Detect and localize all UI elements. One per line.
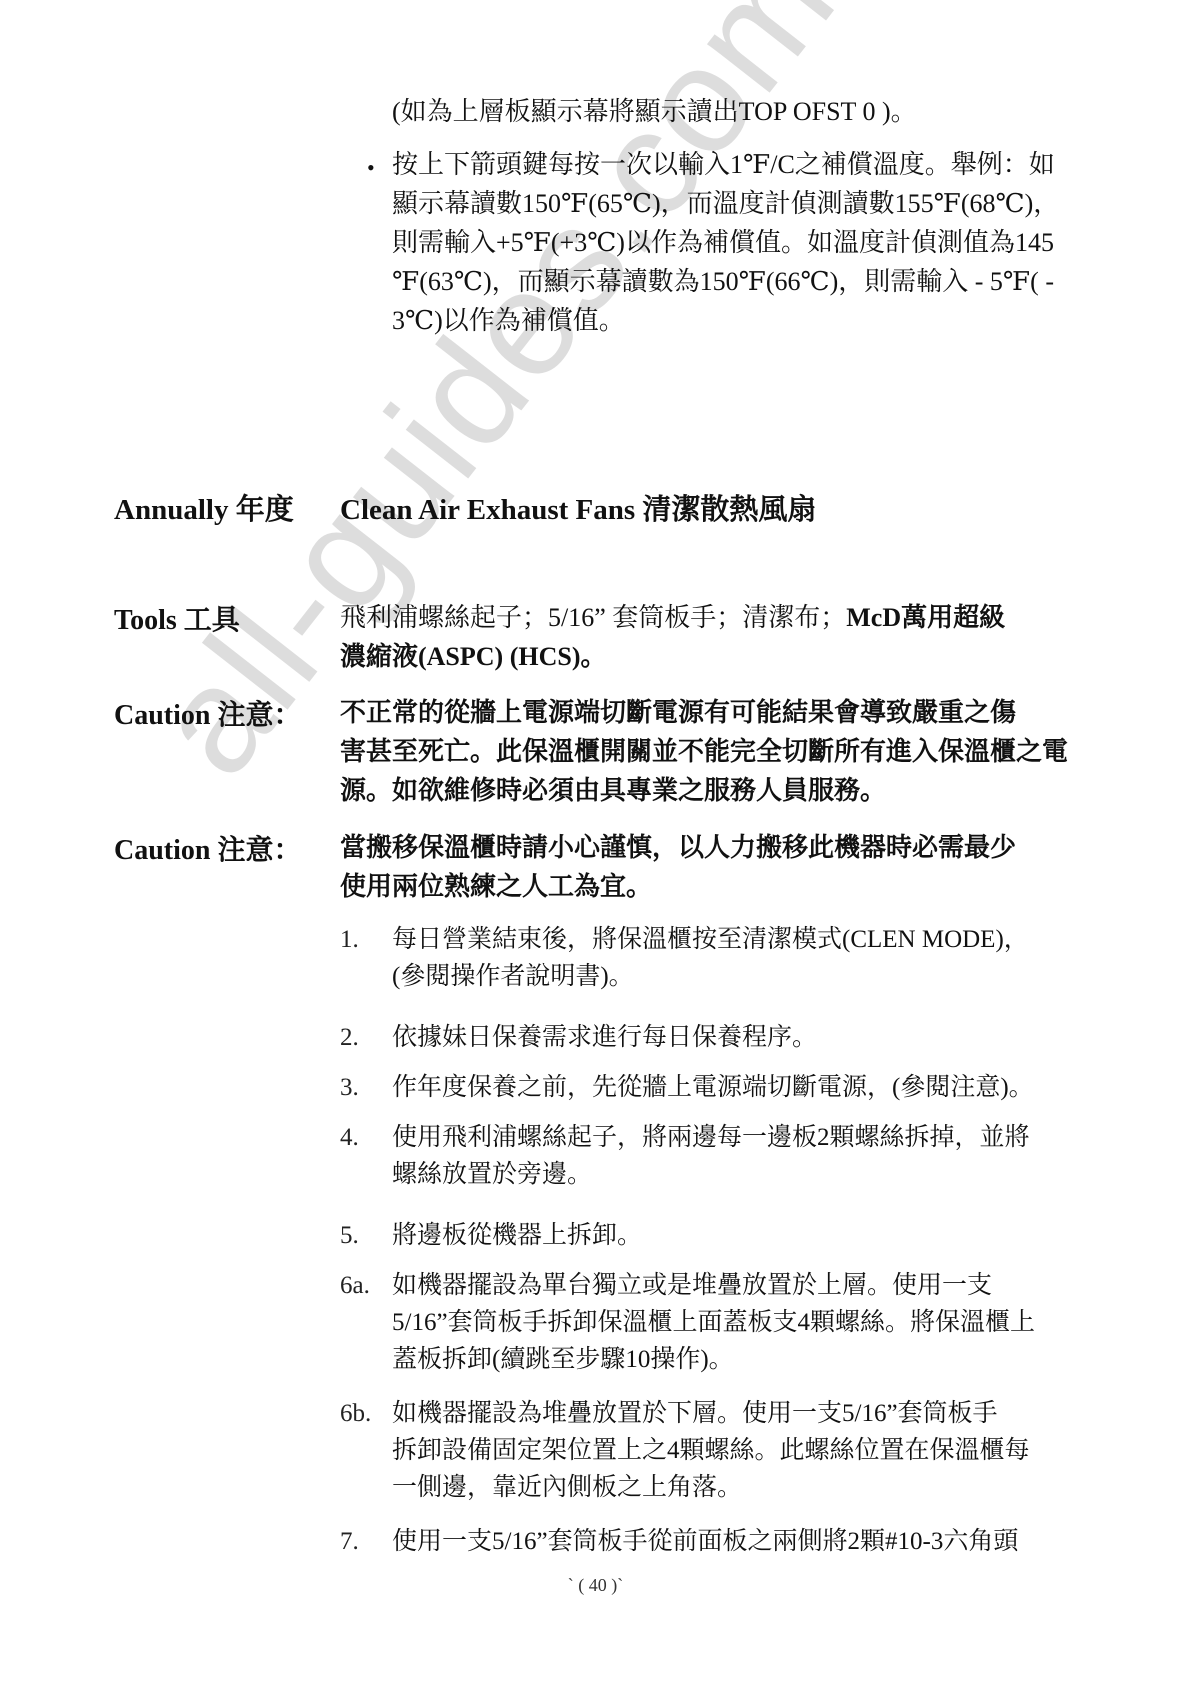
step-number: 1. [340,926,359,954]
step-line: 一側邊，靠近內側板之上角落。 [392,1469,1112,1506]
bullet-line: 按上下箭頭鍵每按一次以輸入1℉/C之補償溫度。舉例：如 [392,145,1112,184]
step-line: 每日營業結束後，將保溫櫃按至清潔模式(CLEN MODE)， [392,921,1112,958]
tools-line-2: 濃縮液(ASPC) (HCS)。 [340,637,1120,676]
bullet-paragraph: 按上下箭頭鍵每按一次以輸入1℉/C之補償溫度。舉例：如 顯示幕讀數150℉(65… [392,145,1112,340]
section-frequency: Annually 年度 [114,487,294,528]
step-number: 2. [340,1024,359,1052]
step-number: 7. [340,1528,359,1556]
continuation-line: (如為上層板顯示幕將顯示讀出TOP OFST 0 )。 [392,92,917,131]
step-number: 6a. [340,1272,370,1300]
bullet-line: 顯示幕讀數150℉(65℃)，而溫度計偵測讀數155℉(68℃)， [392,184,1112,223]
step-text: 使用一支5/16”套筒板手從前面板之兩側將2顆#10-3六角頭 [392,1523,1112,1560]
step-number: 3. [340,1074,359,1102]
page-number: ` ( 40 )` [0,1575,1191,1596]
caution-line: 當搬移保溫櫃時請小心謹慎，以人力搬移此機器時必需最少 [340,828,1130,867]
caution-label-2: Caution 注意： [114,828,301,868]
bullet-icon: • [367,155,375,181]
bullet-line: 則需輸入+5℉(+3℃)以作為補償值。如溫度計偵測值為145 [392,223,1112,262]
step-text: 每日營業結束後，將保溫櫃按至清潔模式(CLEN MODE)， (參閱操作者說明書… [392,921,1112,995]
step-line: 拆卸設備固定架位置上之4顆螺絲。此螺絲位置在保溫櫃每 [392,1432,1112,1469]
step-line: (參閱操作者說明書)。 [392,958,1112,995]
step-line: 如機器擺設為單台獨立或是堆疊放置於上層。使用一支 [392,1267,1112,1304]
step-line: 使用一支5/16”套筒板手從前面板之兩側將2顆#10-3六角頭 [392,1523,1112,1560]
caution-line: 使用兩位熟練之人工為宜。 [340,867,1130,906]
tools-list: 飛利浦螺絲起子；5/16” 套筒板手；清潔布； [340,603,846,632]
step-text: 使用飛利浦螺絲起子，將兩邊每一邊板2顆螺絲拆掉，並將 螺絲放置於旁邊。 [392,1119,1112,1193]
step-line: 蓋板拆卸(續跳至步驟10操作)。 [392,1341,1112,1378]
step-number: 5. [340,1222,359,1250]
step-line: 如機器擺設為堆疊放置於下層。使用一支5/16”套筒板手 [392,1395,1112,1432]
tools-text: 飛利浦螺絲起子；5/16” 套筒板手；清潔布；McD萬用超級 濃縮液(ASPC)… [340,598,1120,676]
step-text: 如機器擺設為堆疊放置於下層。使用一支5/16”套筒板手 拆卸設備固定架位置上之4… [392,1395,1112,1506]
tools-cleaner: McD萬用超級 [846,603,1005,632]
bullet-line: ℉(63℃)，而顯示幕讀數為150℉(66℃)，則需輸入 - 5℉( - [392,262,1112,301]
step-number: 4. [340,1124,359,1152]
tools-line-1: 飛利浦螺絲起子；5/16” 套筒板手；清潔布；McD萬用超級 [340,598,1120,637]
step-line: 將邊板從機器上拆卸。 [392,1217,1112,1254]
section-title: Clean Air Exhaust Fans 清潔散熱風扇 [340,487,816,528]
caution-text-2: 當搬移保溫櫃時請小心謹慎，以人力搬移此機器時必需最少 使用兩位熟練之人工為宜。 [340,828,1130,906]
step-line: 依據妹日保養需求進行每日保養程序。 [392,1019,1112,1056]
caution-text-1: 不正常的從牆上電源端切斷電源有可能結果會導致嚴重之傷 害甚至死亡。此保溫櫃開關並… [340,693,1130,810]
caution-line: 害甚至死亡。此保溫櫃開關並不能完全切斷所有進入保溫櫃之電 [340,732,1130,771]
caution-line: 不正常的從牆上電源端切斷電源有可能結果會導致嚴重之傷 [340,693,1130,732]
bullet-line: 3℃)以作為補償值。 [392,301,1112,340]
caution-line: 源。如欲維修時必須由具專業之服務人員服務。 [340,771,1130,810]
step-line: 使用飛利浦螺絲起子，將兩邊每一邊板2顆螺絲拆掉，並將 [392,1119,1112,1156]
step-text: 作年度保養之前，先從牆上電源端切斷電源，(參閱注意)。 [392,1069,1112,1106]
step-text: 如機器擺設為單台獨立或是堆疊放置於上層。使用一支 5/16”套筒板手拆卸保溫櫃上… [392,1267,1112,1378]
step-text: 將邊板從機器上拆卸。 [392,1217,1112,1254]
step-text: 依據妹日保養需求進行每日保養程序。 [392,1019,1112,1056]
step-line: 5/16”套筒板手拆卸保溫櫃上面蓋板支4顆螺絲。將保溫櫃上 [392,1304,1112,1341]
step-number: 6b. [340,1400,371,1428]
caution-label-1: Caution 注意： [114,693,301,733]
tools-label: Tools 工具 [114,598,240,638]
step-line: 螺絲放置於旁邊。 [392,1156,1112,1193]
step-line: 作年度保養之前，先從牆上電源端切斷電源，(參閱注意)。 [392,1069,1112,1106]
